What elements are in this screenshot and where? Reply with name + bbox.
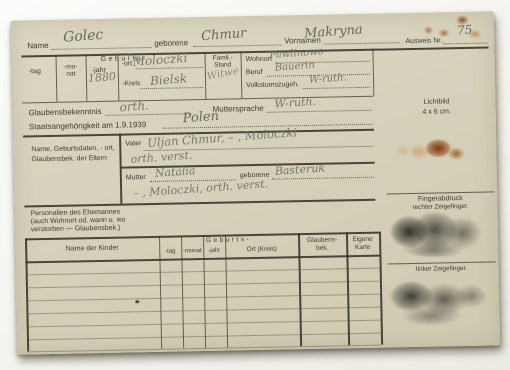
glauben-value-handwritten: orth.	[119, 98, 149, 114]
linker-zeigefinger-label: linker Zeigefinger.	[388, 264, 496, 274]
staat-value-handwritten: Polen	[182, 109, 219, 127]
children-karte-header-1: Eigene	[346, 236, 379, 244]
kreis-value-handwritten: Bielsk	[150, 71, 188, 88]
muttersprache-label: Muttersprache	[212, 104, 263, 114]
children-jahr-header: -jahr	[203, 248, 225, 255]
vater-value-handwritten: Uljan Chmur, – , Moloczki	[147, 125, 298, 150]
birth-col-line-1	[56, 55, 58, 102]
geborene-value-handwritten: Chmur	[201, 26, 247, 44]
children-name-header: Name der Kinder	[25, 244, 159, 255]
geborene-fill-line	[193, 44, 281, 47]
lichtbild-label: Lichtbild	[386, 98, 486, 108]
tag-label: -tag	[29, 68, 41, 76]
children-karte-header-2: Karte	[346, 244, 379, 252]
wohnort-label: Wohnort	[246, 56, 272, 65]
monat-label-2: nat	[56, 70, 86, 78]
mutter-fill-line-2	[272, 177, 374, 180]
stain-blob-top	[419, 12, 482, 45]
spouse-label-3: verstorben — Glaubensbek.)	[31, 225, 121, 235]
mutter-value-handwritten: Natalia	[154, 164, 196, 180]
registration-card: Name Golec geborene Chmur Vornamen Makry…	[11, 11, 500, 354]
card-paper: Name Golec geborene Chmur Vornamen Makry…	[11, 11, 500, 354]
ink-speck	[135, 300, 139, 303]
glauben-fill-line	[106, 113, 191, 116]
parents-section-label-2: Glaubensbek. der Eltern	[31, 155, 107, 164]
vornamen-fill-line	[324, 42, 399, 44]
jahr-value-handwritten: 1880	[88, 70, 117, 85]
familstand-right-line	[240, 51, 242, 98]
children-ort-header: Ort (Kreis)	[225, 245, 298, 254]
name-label: Name	[27, 41, 49, 51]
name-fill-line	[51, 47, 151, 50]
children-tag-header: -tag	[159, 248, 181, 255]
children-geburts-header: Geburts-	[159, 235, 298, 245]
geborene-label: geborene	[154, 38, 188, 48]
children-monat-header: -monat	[181, 248, 203, 255]
vater-value2-handwritten: orth. verst.	[130, 149, 193, 166]
left-fingerprint-smudge	[386, 276, 487, 326]
vornamen-value-handwritten: Makryna	[304, 22, 364, 41]
mutter-geborene-value-handwritten: Basteruk	[274, 161, 325, 178]
birth-box-bottom-rule	[22, 96, 373, 104]
parents-section-label-1: Name, Geburtsdaten, - ort,	[31, 145, 114, 155]
staatsangehoerigkeit-label: Staatsangehörigkeit am 1.9.1939	[29, 120, 147, 131]
muttersprache-value-handwritten: W-ruth.	[274, 95, 316, 111]
parents-bottom-rule	[24, 199, 375, 208]
wohnort-value-handwritten: Pawlinowo	[269, 46, 324, 61]
volkstum-fill-line	[303, 87, 370, 89]
vater-label: Vater	[125, 140, 141, 148]
mutter-label: Mutter	[126, 174, 146, 182]
glaubensbekenntnis-label: Glaubensbekenntnis	[29, 107, 102, 118]
children-table-left-border	[25, 238, 29, 351]
kreis-label: -Kreis	[122, 80, 140, 88]
name-value-handwritten: Golec	[63, 27, 104, 46]
photo-background: { "header": { "name_label": "Name", "nam…	[0, 0, 510, 370]
volkstum-label: Volkstumszugeh.	[246, 81, 299, 90]
children-glaubens-header-2: bek.	[298, 244, 346, 252]
beruf-value-handwritten: Bauerin	[274, 60, 315, 74]
beruf-label: Beruf	[246, 69, 263, 77]
volkstum-value-handwritten: W-ruth.	[309, 72, 347, 86]
ort-label: -ort	[122, 60, 133, 68]
children-table-right-border	[379, 232, 383, 345]
lichtbild-size-label: 4 x 6 cm.	[387, 108, 487, 118]
stain-blob-photo-area	[395, 128, 470, 173]
muttersprache-fill-line	[267, 110, 372, 113]
ort-value-handwritten: Moloczki	[132, 51, 188, 69]
wohnort-right-line	[372, 49, 374, 96]
right-fingerprint-smudge	[389, 210, 482, 258]
